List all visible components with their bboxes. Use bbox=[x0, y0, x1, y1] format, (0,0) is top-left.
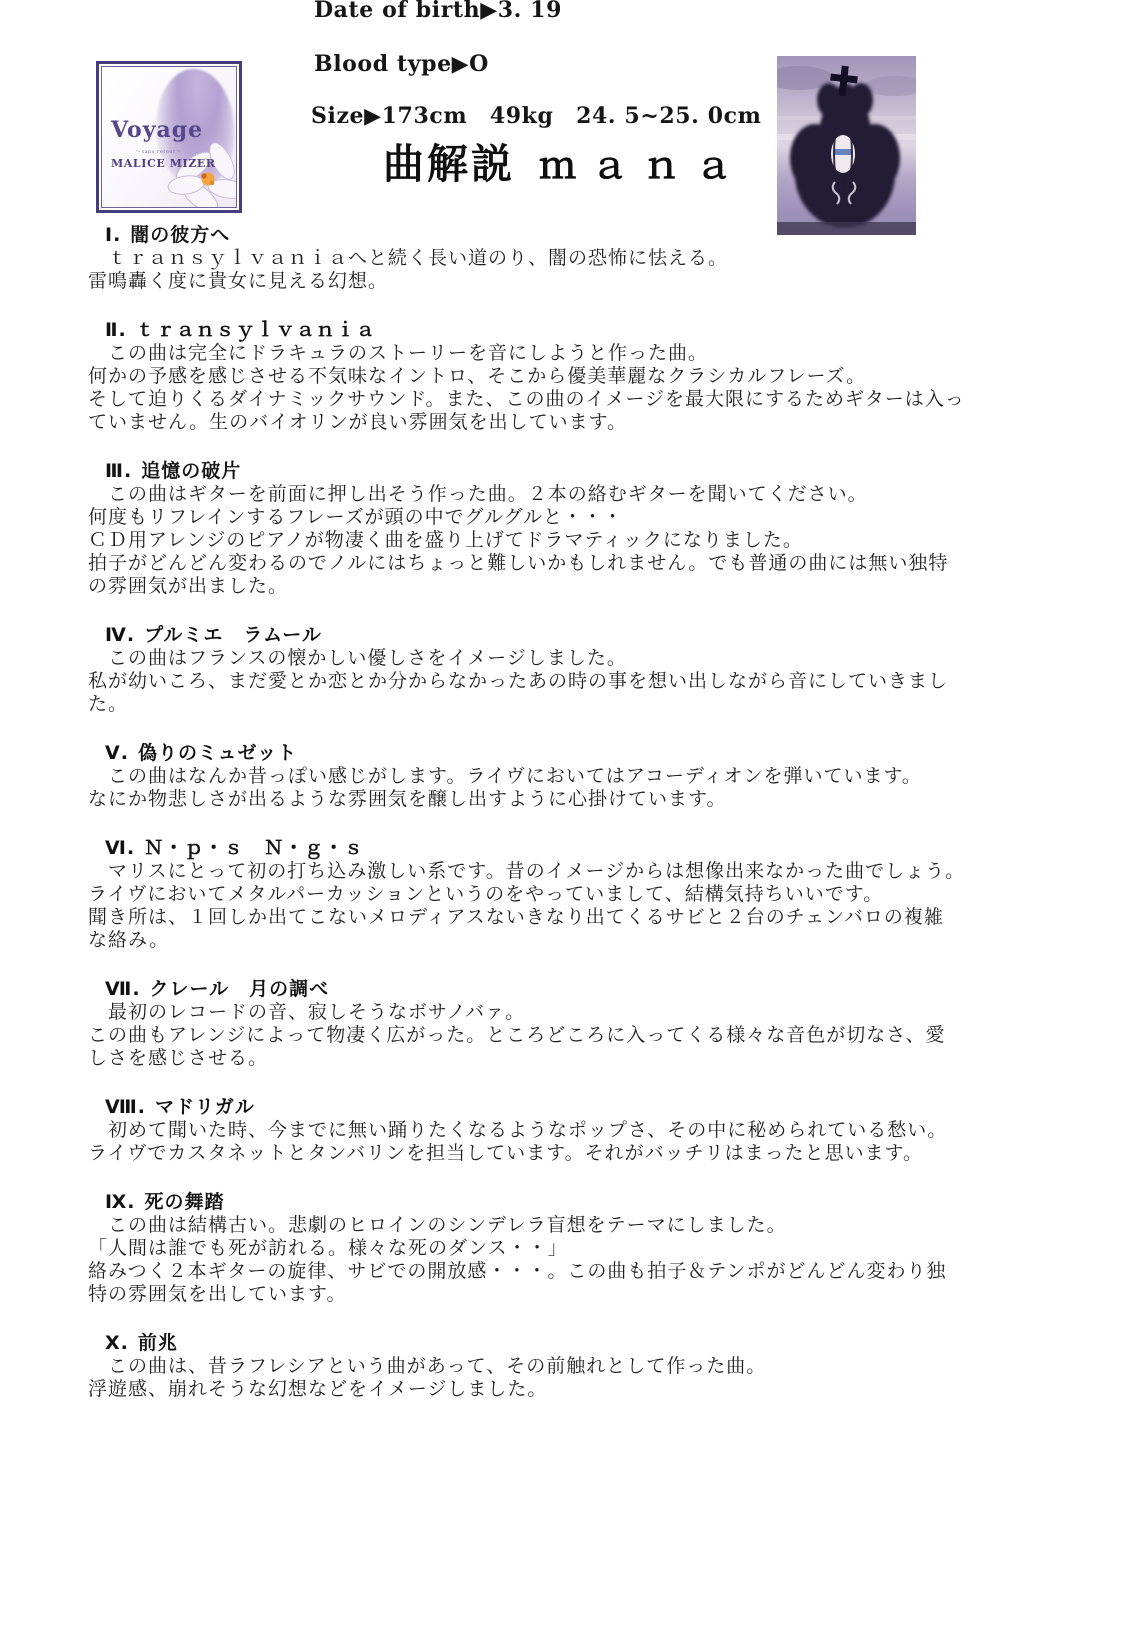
song-description: ｔｒａｎｓｙｌｖａｎｉａへと続く長い道のり、闇の恐怖に怯える。 雷鳴轟く度に貴女… bbox=[88, 247, 1073, 293]
song-header: Ⅴ.偽りのミュゼット bbox=[105, 742, 1073, 765]
song-description: この曲はなんか昔っぽい感じがします。ライヴにおいてはアコーディオンを弾いています… bbox=[88, 765, 1073, 811]
song-number: Ⅹ. bbox=[105, 1332, 129, 1354]
description-line: しさを感じさせる。 bbox=[88, 1047, 1073, 1070]
song-description: この曲は、昔ラフレシアという曲があって、その前触れとして作った曲。 浮遊感、崩れ… bbox=[88, 1355, 1073, 1401]
song-title: 闇の彼方へ bbox=[130, 224, 230, 246]
song-description: この曲は完全にドラキュラのストーリーを音にしようと作った曲。 何かの予感を感じさ… bbox=[88, 342, 1073, 434]
song-header: Ⅶ.クレール 月の調べ bbox=[105, 978, 1073, 1001]
song-number: Ⅲ. bbox=[105, 460, 132, 482]
description-line: 絡みつく２本ギターの旋律、サビでの開放感・・・。この曲も拍子＆テンポがどんどん変… bbox=[88, 1260, 1073, 1283]
description-line: この曲は完全にドラキュラのストーリーを音にしようと作った曲。 bbox=[88, 342, 1073, 365]
description-line: 初めて聞いた時、今までに無い踊りたくなるようなポップさ、その中に秘められている愁… bbox=[88, 1119, 1073, 1142]
song-header: Ⅱ.ｔｒａｎｓｙｌｖａｎｉａ bbox=[105, 319, 1073, 342]
description-line: この曲もアレンジによって物凄く広がった。ところどころに入ってくる様々な音色が切な… bbox=[88, 1024, 1073, 1047]
profile-size: Size▶173cm 49kg 24. 5~25. 0cm bbox=[311, 99, 761, 130]
song-title: ｔｒａｎｓｙｌｖａｎｉａ bbox=[136, 319, 376, 341]
song-number: Ⅴ. bbox=[105, 742, 129, 764]
description-line: ＣＤ用アレンジのピアノが物凄く曲を盛り上げてドラマティックになりました。 bbox=[88, 529, 1073, 552]
song-description: この曲はフランスの懐かしい優しさをイメージしました。 私が幼いころ、まだ愛とか恋… bbox=[88, 647, 1073, 716]
song-section: Ⅲ.追憶の破片 この曲はギターを前面に押し出そう作った曲。２本の絡むギターを聞い… bbox=[88, 460, 1073, 598]
description-line: この曲は結構古い。悲劇のヒロインのシンデレラ盲想をテーマにしました。 bbox=[88, 1214, 1073, 1237]
profile-blood-type: Blood type▶O bbox=[314, 51, 489, 77]
description-line: 特の雰囲気を出しています。 bbox=[88, 1283, 1073, 1306]
description-line: 何度もリフレインするフレーズが頭の中でグルグルと・・・ bbox=[88, 506, 1073, 529]
description-line: 最初のレコードの音、寂しそうなボサノバァ。 bbox=[88, 1001, 1073, 1024]
song-section: Ⅳ.プルミエ ラムール この曲はフランスの懐かしい優しさをイメージしました。 私… bbox=[88, 624, 1073, 716]
album-cover-voyage: Voyage ～sans retour～ MALICE MIZER bbox=[96, 61, 242, 213]
song-title: 追憶の破片 bbox=[141, 460, 241, 482]
song-header: Ⅲ.追憶の破片 bbox=[105, 460, 1073, 483]
song-section: Ⅰ.闇の彼方へ ｔｒａｎｓｙｌｖａｎｉａへと続く長い道のり、闇の恐怖に怯える。 … bbox=[88, 224, 1073, 293]
description-line: なにか物悲しさが出るような雰囲気を醸し出すように心掛けています。 bbox=[88, 788, 1073, 811]
description-line: この曲はギターを前面に押し出そう作った曲。２本の絡むギターを聞いてください。 bbox=[88, 483, 1073, 506]
song-title: 死の舞踏 bbox=[145, 1191, 225, 1213]
song-header: Ⅹ.前兆 bbox=[105, 1332, 1073, 1355]
song-commentary-list: Ⅰ.闇の彼方へ ｔｒａｎｓｙｌｖａｎｉａへと続く長い道のり、闇の恐怖に怯える。 … bbox=[88, 224, 1073, 1427]
song-number: Ⅸ. bbox=[105, 1191, 136, 1213]
scanned-magazine-page: Voyage ～sans retour～ MALICE MIZER Date o… bbox=[0, 0, 1137, 1647]
song-number: Ⅶ. bbox=[105, 978, 141, 1000]
description-line: ｔｒａｎｓｙｌｖａｎｉａへと続く長い道のり、闇の恐怖に怯える。 bbox=[88, 247, 1073, 270]
song-header: Ⅷ.マドリガル bbox=[105, 1096, 1073, 1119]
page-title-name: ｍａｎａ bbox=[539, 143, 747, 187]
album-artist: MALICE MIZER bbox=[111, 157, 216, 170]
description-line: この曲はなんか昔っぽい感じがします。ライヴにおいてはアコーディオンを弾いています… bbox=[88, 765, 1073, 788]
profile-date-of-birth: Date of birth▶3. 19 bbox=[314, 0, 562, 23]
song-number: Ⅵ. bbox=[105, 837, 135, 859]
page-title-kanji: 曲解説 bbox=[383, 140, 515, 188]
album-title: Voyage bbox=[111, 117, 203, 143]
description-line: な絡み。 bbox=[88, 929, 1073, 952]
description-line: の雰囲気が出ました。 bbox=[88, 575, 1073, 598]
song-section: Ⅸ.死の舞踏 この曲は結構古い。悲劇のヒロインのシンデレラ盲想をテーマにしました… bbox=[88, 1191, 1073, 1306]
description-line: 雷鳴轟く度に貴女に見える幻想。 bbox=[88, 270, 1073, 293]
mana-portrait-photo bbox=[777, 56, 916, 235]
song-title: 偽りのミュゼット bbox=[138, 742, 297, 764]
song-description: この曲はギターを前面に押し出そう作った曲。２本の絡むギターを聞いてください。 何… bbox=[88, 483, 1073, 598]
song-section: Ⅴ.偽りのミュゼット この曲はなんか昔っぽい感じがします。ライヴにおいてはアコー… bbox=[88, 742, 1073, 811]
song-section: Ⅵ.Ｎ・ｐ・ｓ Ｎ・ｇ・ｓ マリスにとって初の打ち込み激しい系です。昔のイメージ… bbox=[88, 837, 1073, 952]
song-description: 初めて聞いた時、今までに無い踊りたくなるようなポップさ、その中に秘められている愁… bbox=[88, 1119, 1073, 1165]
description-line: た。 bbox=[88, 693, 1073, 716]
song-title: Ｎ・ｐ・ｓ Ｎ・ｇ・ｓ bbox=[144, 837, 364, 859]
song-title: 前兆 bbox=[138, 1332, 178, 1354]
description-line: 拍子がどんどん変わるのでノルにはちょっと難しいかもしれません。でも普通の曲には無… bbox=[88, 552, 1073, 575]
song-section: Ⅶ.クレール 月の調べ 最初のレコードの音、寂しそうなボサノバァ。 この曲もアレ… bbox=[88, 978, 1073, 1070]
song-title: クレール 月の調べ bbox=[150, 978, 330, 1000]
song-section: Ⅹ.前兆 この曲は、昔ラフレシアという曲があって、その前触れとして作った曲。 浮… bbox=[88, 1332, 1073, 1401]
album-cover-artwork: Voyage ～sans retour～ MALICE MIZER bbox=[101, 66, 237, 208]
description-line: ていません。生のバイオリンが良い雰囲気を出しています。 bbox=[88, 411, 1073, 434]
song-section: Ⅷ.マドリガル 初めて聞いた時、今までに無い踊りたくなるようなポップさ、その中に… bbox=[88, 1096, 1073, 1165]
song-description: マリスにとって初の打ち込み激しい系です。昔のイメージからは想像出来なかった曲でし… bbox=[88, 860, 1073, 952]
description-line: 何かの予感を感じさせる不気味なイントロ、そこから優美華麗なクラシカルフレーズ。 bbox=[88, 365, 1073, 388]
song-header: Ⅵ.Ｎ・ｐ・ｓ Ｎ・ｇ・ｓ bbox=[105, 837, 1073, 860]
song-number: Ⅳ. bbox=[105, 624, 135, 646]
song-number: Ⅰ. bbox=[105, 224, 121, 246]
song-number: Ⅷ. bbox=[105, 1096, 146, 1118]
album-subtitle: ～sans retour～ bbox=[136, 148, 181, 155]
description-line: 私が幼いころ、まだ愛とか恋とか分からなかったあの時の事を想い出しながら音にしてい… bbox=[88, 670, 1073, 693]
song-header: Ⅸ.死の舞踏 bbox=[105, 1191, 1073, 1214]
song-description: 最初のレコードの音、寂しそうなボサノバァ。 この曲もアレンジによって物凄く広がっ… bbox=[88, 1001, 1073, 1070]
description-line: マリスにとって初の打ち込み激しい系です。昔のイメージからは想像出来なかった曲でし… bbox=[88, 860, 1073, 883]
description-line: 浮遊感、崩れそうな幻想などをイメージしました。 bbox=[88, 1378, 1073, 1401]
page-title: 曲解説ｍａｎａ bbox=[383, 131, 747, 190]
song-title: マドリガル bbox=[155, 1096, 255, 1118]
song-title: プルミエ ラムール bbox=[144, 624, 322, 646]
description-line: 聞き所は、１回しか出てこないメロディアスないきなり出てくるサビと２台のチェンバロ… bbox=[88, 906, 1073, 929]
description-line: そして迫りくるダイナミックサウンド。また、この曲のイメージを最大限にするためギタ… bbox=[88, 388, 1073, 411]
description-line: この曲はフランスの懐かしい優しさをイメージしました。 bbox=[88, 647, 1073, 670]
song-header: Ⅰ.闇の彼方へ bbox=[105, 224, 1073, 247]
description-line: この曲は、昔ラフレシアという曲があって、その前触れとして作った曲。 bbox=[88, 1355, 1073, 1378]
description-line: 「人間は誰でも死が訪れる。様々な死のダンス・・」 bbox=[88, 1237, 1073, 1260]
description-line: ライヴにおいてメタルパーカッションというのをやっていまして、結構気持ちいいです。 bbox=[88, 883, 1073, 906]
song-description: この曲は結構古い。悲劇のヒロインのシンデレラ盲想をテーマにしました。 「人間は誰… bbox=[88, 1214, 1073, 1306]
song-section: Ⅱ.ｔｒａｎｓｙｌｖａｎｉａ この曲は完全にドラキュラのストーリーを音にしようと… bbox=[88, 319, 1073, 434]
song-number: Ⅱ. bbox=[105, 319, 127, 341]
song-header: Ⅳ.プルミエ ラムール bbox=[105, 624, 1073, 647]
description-line: ライヴでカスタネットとタンバリンを担当しています。それがバッチリはまったと思いま… bbox=[88, 1142, 1073, 1165]
